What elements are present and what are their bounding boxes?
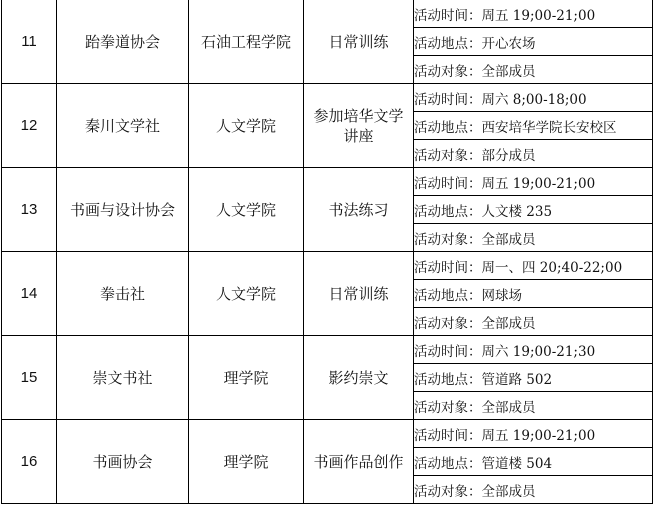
activity-target: 活动对象：全部成员 [414,56,653,84]
club-name: 拳击社 [57,252,189,336]
activity-time: 活动时间：周六 19;00-21;30 [414,336,653,364]
table-row: 11 跆拳道协会 石油工程学院 日常训练 活动时间：周五 19;00-21;00 [2,0,653,28]
college-name: 人文学院 [189,168,304,252]
college-name: 人文学院 [189,252,304,336]
activity-content-text: 参加培华文学讲座 [311,106,407,146]
activity-time: 活动时间：周五 19;00-21;00 [414,0,653,28]
activity-content-text: 书画作品创作 [311,452,407,472]
activity-time: 活动时间：周五 19;00-21;00 [414,420,653,448]
club-name: 书画与设计协会 [57,168,189,252]
activity-content: 参加培华文学讲座 [304,84,414,168]
activity-target: 活动对象：部分成员 [414,140,653,168]
activity-content-text: 影约崇文 [311,368,407,388]
activity-place: 活动地点：管道楼 504 [414,448,653,476]
college-name: 石油工程学院 [189,0,304,84]
activity-target: 活动对象：全部成员 [414,224,653,252]
table-row: 16 书画协会 理学院 书画作品创作 活动时间：周五 19;00-21;00 [2,420,653,448]
row-number: 12 [2,84,57,168]
club-name: 崇文书社 [57,336,189,420]
club-name: 跆拳道协会 [57,0,189,84]
activity-content-text: 书法练习 [311,200,407,220]
activity-place: 活动地点：网球场 [414,280,653,308]
activity-place: 活动地点：西安培华学院长安校区 [414,112,653,140]
club-activity-table: 11 跆拳道协会 石油工程学院 日常训练 活动时间：周五 19;00-21;00… [1,0,653,504]
club-name: 书画协会 [57,420,189,504]
activity-content-text: 日常训练 [311,284,407,304]
activity-content-text: 日常训练 [311,32,407,52]
activity-time: 活动时间：周六 8;00-18;00 [414,84,653,112]
row-number: 13 [2,168,57,252]
row-number: 11 [2,0,57,84]
activity-time: 活动时间：周一、四 20;40-22;00 [414,252,653,280]
row-number: 14 [2,252,57,336]
activity-place: 活动地点：人文楼 235 [414,196,653,224]
college-name: 人文学院 [189,84,304,168]
activity-content: 日常训练 [304,0,414,84]
activity-content: 日常训练 [304,252,414,336]
row-number: 16 [2,420,57,504]
activity-place: 活动地点：开心农场 [414,28,653,56]
college-name: 理学院 [189,336,304,420]
table-row: 13 书画与设计协会 人文学院 书法练习 活动时间：周五 19;00-21;00 [2,168,653,196]
activity-content: 影约崇文 [304,336,414,420]
row-number: 15 [2,336,57,420]
club-name: 秦川文学社 [57,84,189,168]
activity-target: 活动对象：全部成员 [414,392,653,420]
activity-target: 活动对象：全部成员 [414,308,653,336]
college-name: 理学院 [189,420,304,504]
activity-place: 活动地点：管道路 502 [414,364,653,392]
activity-content: 书画作品创作 [304,420,414,504]
activity-target: 活动对象：全部成员 [414,476,653,504]
table-row: 14 拳击社 人文学院 日常训练 活动时间：周一、四 20;40-22;00 [2,252,653,280]
activity-time: 活动时间：周五 19;00-21;00 [414,168,653,196]
activity-content: 书法练习 [304,168,414,252]
table-row: 12 秦川文学社 人文学院 参加培华文学讲座 活动时间：周六 8;00-18;0… [2,84,653,112]
table-row: 15 崇文书社 理学院 影约崇文 活动时间：周六 19;00-21;30 [2,336,653,364]
